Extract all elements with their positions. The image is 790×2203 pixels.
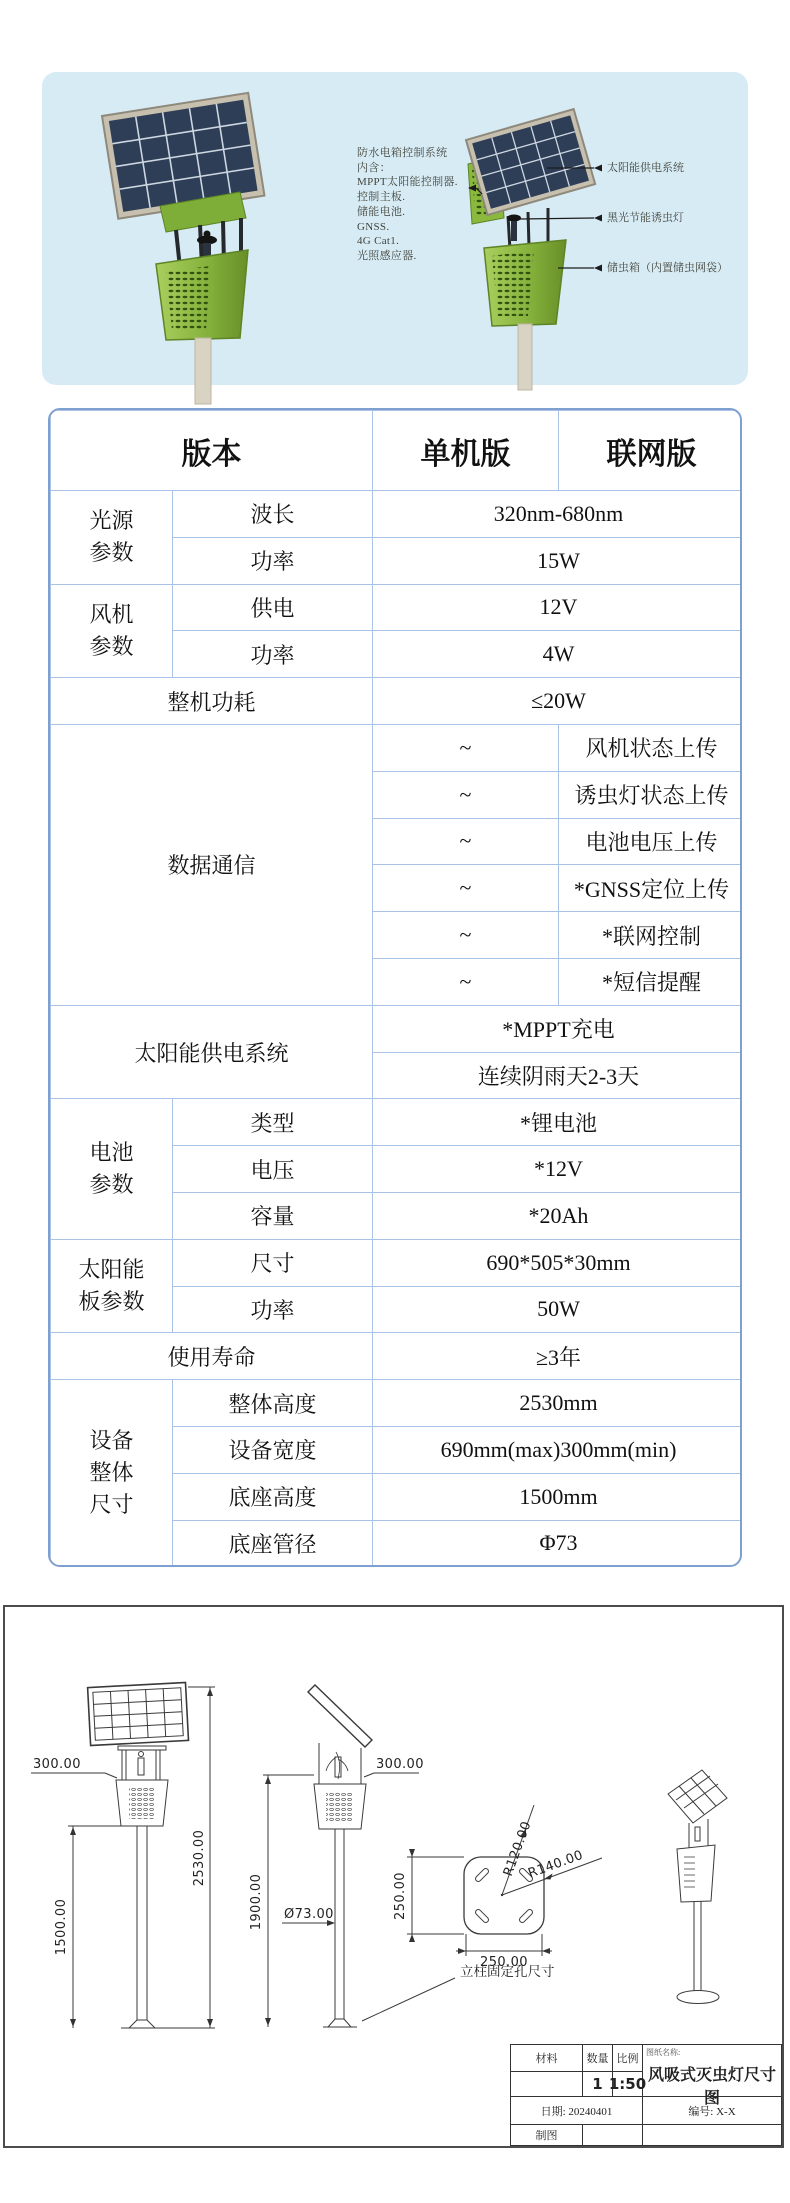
label-total-power: 整机功耗	[51, 678, 373, 725]
number-cell: 编号: X-X	[643, 2097, 781, 2125]
value-base-height: 1500mm	[373, 1473, 743, 1520]
material-value	[511, 2072, 583, 2097]
side-view-drawing	[263, 1685, 419, 2027]
value-device-width: 690mm(max)300mm(min)	[373, 1426, 743, 1473]
note-line: 4G Cat1.	[357, 234, 475, 249]
feature-sms: *短信提醒	[559, 958, 743, 1005]
label-wavelength: 波长	[173, 491, 373, 538]
dim-radius-outer: R140.00	[526, 1848, 585, 1882]
feature-lamp-status: 诱虫灯状态上传	[559, 771, 743, 818]
scale-label: 比例	[613, 2045, 643, 2072]
material-label: 材料	[511, 2045, 583, 2072]
value-wavelength: 320nm-680nm	[373, 491, 743, 538]
dim-side-box-width: 300.00	[376, 1757, 424, 1772]
group-data-comm: 数据通信	[51, 724, 373, 1005]
value-panel-power: 50W	[373, 1286, 743, 1333]
value-mppt: *MPPT充电	[373, 1005, 743, 1052]
mark-standalone: ~	[373, 865, 559, 912]
mark-standalone: ~	[373, 771, 559, 818]
value-fan-supply: 12V	[373, 584, 743, 631]
note-line: 光照感应器.	[357, 249, 475, 264]
feature-battery-voltage: 电池电压上传	[559, 818, 743, 865]
dim-pole-diameter: Ø73.00	[284, 1907, 334, 1922]
device-side-illustration	[466, 109, 595, 390]
mark-standalone: ~	[373, 912, 559, 959]
front-view-drawing	[31, 1682, 215, 2028]
label-panel-size: 尺寸	[173, 1239, 373, 1286]
group-solar-panel: 太阳能板参数	[51, 1239, 173, 1333]
spec-table: 版本 单机版 联网版 光源参数 波长 320nm-680nm 功率 15W 风机…	[48, 408, 742, 1567]
label-light-power: 功率	[173, 537, 373, 584]
value-light-power: 15W	[373, 537, 743, 584]
callout-solar-system: 太阳能供电系统	[607, 161, 684, 175]
value-fan-power: 4W	[373, 631, 743, 678]
value-base-diameter: Φ73	[373, 1520, 743, 1567]
drawing-name-label: 图纸名称:	[643, 2045, 781, 2058]
mark-standalone: ~	[373, 958, 559, 1005]
label-fan-supply: 供电	[173, 584, 373, 631]
value-battery-type: *锂电池	[373, 1099, 743, 1146]
dim-pole-height: 1500.00	[54, 1899, 69, 1956]
label-device-width: 设备宽度	[173, 1426, 373, 1473]
label-base-diameter: 底座管径	[173, 1520, 373, 1567]
label-lifespan: 使用寿命	[51, 1333, 373, 1380]
header-networked: 联网版	[559, 411, 743, 491]
value-total-height: 2530mm	[373, 1380, 743, 1427]
feature-fan-status: 风机状态上传	[559, 724, 743, 771]
group-light: 光源参数	[51, 491, 173, 585]
value-battery-capacity: *20Ah	[373, 1192, 743, 1239]
feature-gnss: *GNSS定位上传	[559, 865, 743, 912]
group-fan: 风机参数	[51, 584, 173, 678]
device-front-illustration	[102, 93, 264, 404]
label-panel-power: 功率	[173, 1286, 373, 1333]
header-standalone: 单机版	[373, 411, 559, 491]
value-lifespan: ≥3年	[373, 1333, 743, 1380]
dimension-drawing-sheet: 300.00 1500.00 2530.00 300.00 1900.00 Ø7…	[3, 1605, 784, 2148]
mark-standalone: ~	[373, 818, 559, 865]
label-battery-type: 类型	[173, 1099, 373, 1146]
scale-value: 1:50	[613, 2072, 643, 2097]
note-line: MPPT太阳能控制器.	[357, 175, 475, 190]
drawing-name-cell: 图纸名称: 风吸式灭虫灯尺寸图	[643, 2045, 781, 2097]
label-total-height: 整体高度	[173, 1380, 373, 1427]
callout-insect-box: 储虫箱（内置储虫网袋）	[607, 261, 728, 275]
product-photo-panel: 防水电箱控制系统 内含： MPPT太阳能控制器. 控制主板. 储能电池. GNS…	[42, 72, 748, 385]
callout-lamp: 黑光节能诱虫灯	[607, 211, 684, 225]
group-solar-system: 太阳能供电系统	[51, 1005, 373, 1099]
label-battery-capacity: 容量	[173, 1192, 373, 1239]
title-block: 材料 数量 比例 1 1:50 图纸名称: 风吸式灭虫灯尺寸图 日期: 2024…	[510, 2044, 782, 2146]
label-base-height: 底座高度	[173, 1473, 373, 1520]
header-version: 版本	[51, 411, 373, 491]
group-battery: 电池参数	[51, 1099, 173, 1239]
note-line: 防水电箱控制系统	[357, 146, 475, 161]
group-device-size: 设备整体尺寸	[51, 1380, 173, 1567]
perspective-view-drawing	[668, 1770, 727, 2004]
label-battery-voltage: 电压	[173, 1146, 373, 1193]
date-cell: 日期: 20240401	[511, 2097, 643, 2125]
drafter-label: 制图	[511, 2125, 583, 2145]
value-battery-voltage: *12V	[373, 1146, 743, 1193]
drafter-value	[583, 2125, 643, 2145]
dim-plate-depth: 250.00	[393, 1872, 408, 1920]
value-rainy-days: 连续阴雨天2-3天	[373, 1052, 743, 1099]
note-line: GNSS.	[357, 220, 475, 235]
note-line: 控制主板.	[357, 190, 475, 205]
control-box-note: 防水电箱控制系统 内含： MPPT太阳能控制器. 控制主板. 储能电池. GNS…	[357, 146, 475, 264]
mark-standalone: ~	[373, 724, 559, 771]
quantity-label: 数量	[583, 2045, 613, 2072]
dim-total-height: 2530.00	[192, 1830, 207, 1887]
dim-front-box-width: 300.00	[33, 1757, 81, 1772]
dim-side-height: 1900.00	[249, 1874, 264, 1931]
value-panel-size: 690*505*30mm	[373, 1239, 743, 1286]
note-line: 储能电池.	[357, 205, 475, 220]
base-plate-note: 立柱固定孔尺寸	[460, 1963, 555, 1979]
note-line: 内含：	[357, 161, 475, 176]
feature-network-control: *联网控制	[559, 912, 743, 959]
value-total-power: ≤20W	[373, 678, 743, 725]
drafter-extra	[643, 2125, 781, 2145]
label-fan-power: 功率	[173, 631, 373, 678]
